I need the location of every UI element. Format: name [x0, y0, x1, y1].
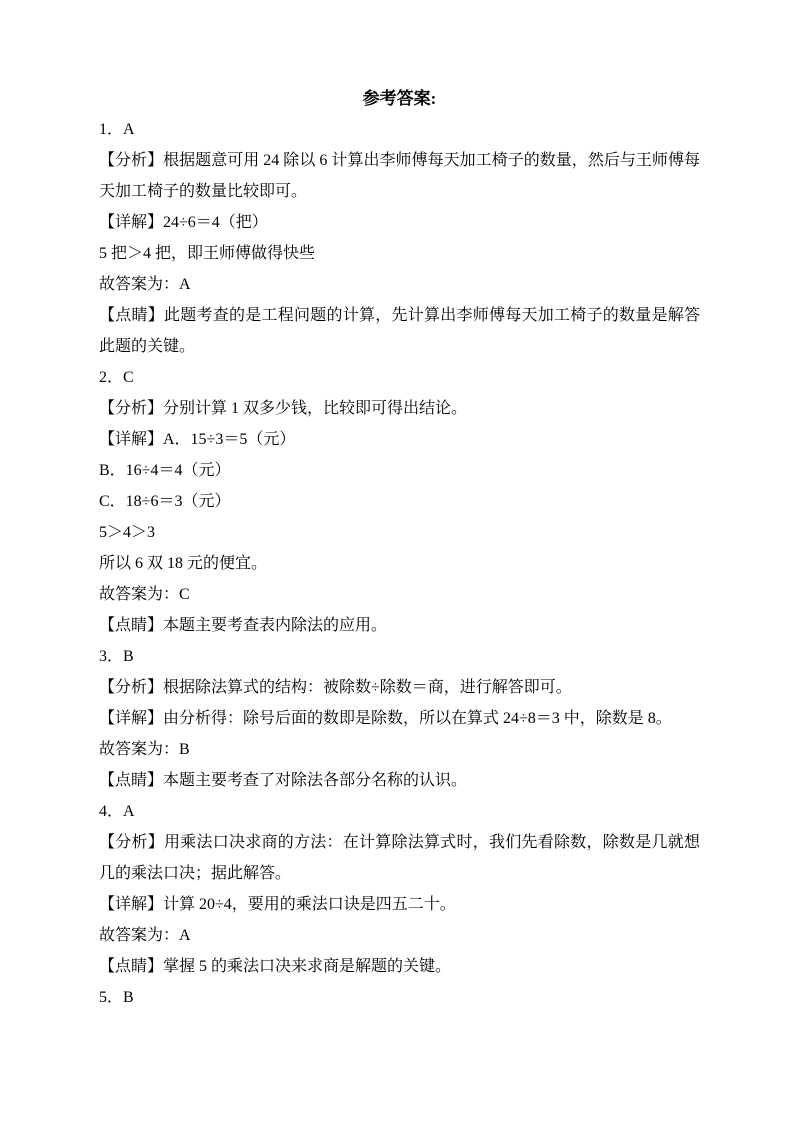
analysis-paragraph: 【分析】分别计算 1 双多少钱，比较即可得出结论。 — [99, 393, 700, 424]
answer-label: 2．C — [99, 362, 700, 393]
comparison-line: 5＞4＞3 — [99, 517, 700, 548]
detail-option-a-line: 【详解】A．15÷3＝5（元） — [99, 424, 700, 455]
note-paragraph: 【点睛】掌握 5 的乘法口决来求商是解题的关键。 — [99, 951, 700, 982]
conclusion-line: 故答案为：C — [99, 579, 700, 610]
work-line: 5 把＞4 把，即王师傅做得快些 — [99, 238, 700, 269]
conclusion-line: 故答案为：A — [99, 269, 700, 300]
answer-section-5: 5．B — [99, 982, 700, 1013]
answer-section-4: 4．A 【分析】用乘法口决求商的方法：在计算除法算式时，我们先看除数，除数是几就… — [99, 796, 700, 982]
detail-paragraph: 【详解】由分析得：除号后面的数即是除数，所以在算式 24÷8＝3 中，除数是 8… — [99, 703, 700, 734]
answer-label: 1．A — [99, 114, 700, 145]
detail-paragraph: 【详解】计算 20÷4，要用的乘法口诀是四五二十。 — [99, 889, 700, 920]
document-page: 参考答案: 1．A 【分析】根据题意可用 24 除以 6 计算出李师傅每天加工椅… — [0, 0, 793, 1122]
detail-option-c-line: C．18÷6＝3（元） — [99, 486, 700, 517]
analysis-paragraph: 【分析】根据题意可用 24 除以 6 计算出李师傅每天加工椅子的数量，然后与王师… — [99, 145, 700, 207]
analysis-paragraph: 【分析】用乘法口决求商的方法：在计算除法算式时，我们先看除数，除数是几就想几的乘… — [99, 827, 700, 889]
analysis-paragraph: 【分析】根据除法算式的结构：被除数÷除数＝商，进行解答即可。 — [99, 672, 700, 703]
answer-section-2: 2．C 【分析】分别计算 1 双多少钱，比较即可得出结论。 【详解】A．15÷3… — [99, 362, 700, 641]
conclusion-line: 故答案为：B — [99, 734, 700, 765]
conclusion-line: 故答案为：A — [99, 920, 700, 951]
note-paragraph: 【点睛】此题考查的是工程问题的计算，先计算出李师傅每天加工椅子的数量是解答此题的… — [99, 300, 700, 362]
note-paragraph: 【点睛】本题主要考查表内除法的应用。 — [99, 610, 700, 641]
detail-option-b-line: B．16÷4＝4（元） — [99, 455, 700, 486]
note-paragraph: 【点睛】本题主要考查了对除法各部分名称的认识。 — [99, 765, 700, 796]
answer-section-1: 1．A 【分析】根据题意可用 24 除以 6 计算出李师傅每天加工椅子的数量，然… — [99, 114, 700, 362]
answer-label: 4．A — [99, 796, 700, 827]
answer-label: 3．B — [99, 641, 700, 672]
detail-paragraph: 【详解】24÷6＝4（把） — [99, 207, 700, 238]
answer-section-3: 3．B 【分析】根据除法算式的结构：被除数÷除数＝商，进行解答即可。 【详解】由… — [99, 641, 700, 796]
reasoning-line: 所以 6 双 18 元的便宜。 — [99, 548, 700, 579]
answer-label: 5．B — [99, 982, 700, 1013]
document-title: 参考答案: — [99, 83, 700, 114]
